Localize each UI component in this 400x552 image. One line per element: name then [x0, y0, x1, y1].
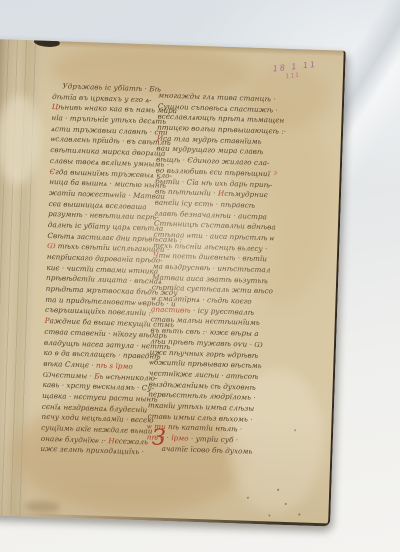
text-column-left: Удръжавь іс убїатѣ · Бѣдѣтїа въ црквахъ …: [40, 81, 150, 458]
foxing-speckles: [277, 489, 279, 491]
parchment-stain: [24, 500, 60, 513]
margin-note-red: з: [274, 170, 277, 176]
drop-cap-initial: З: [151, 427, 166, 451]
photo-backdrop: Удръжавь іс убїатѣ · Бѣдѣтїа въ црквахъ …: [0, 0, 400, 552]
manuscript-book: Удръжавь іс убїатѣ · Бѣдѣтїа въ црквахъ …: [0, 39, 346, 526]
text-column-right: многажды глѧ тива станцѣ ·Сущнои съповѣс…: [146, 91, 276, 458]
